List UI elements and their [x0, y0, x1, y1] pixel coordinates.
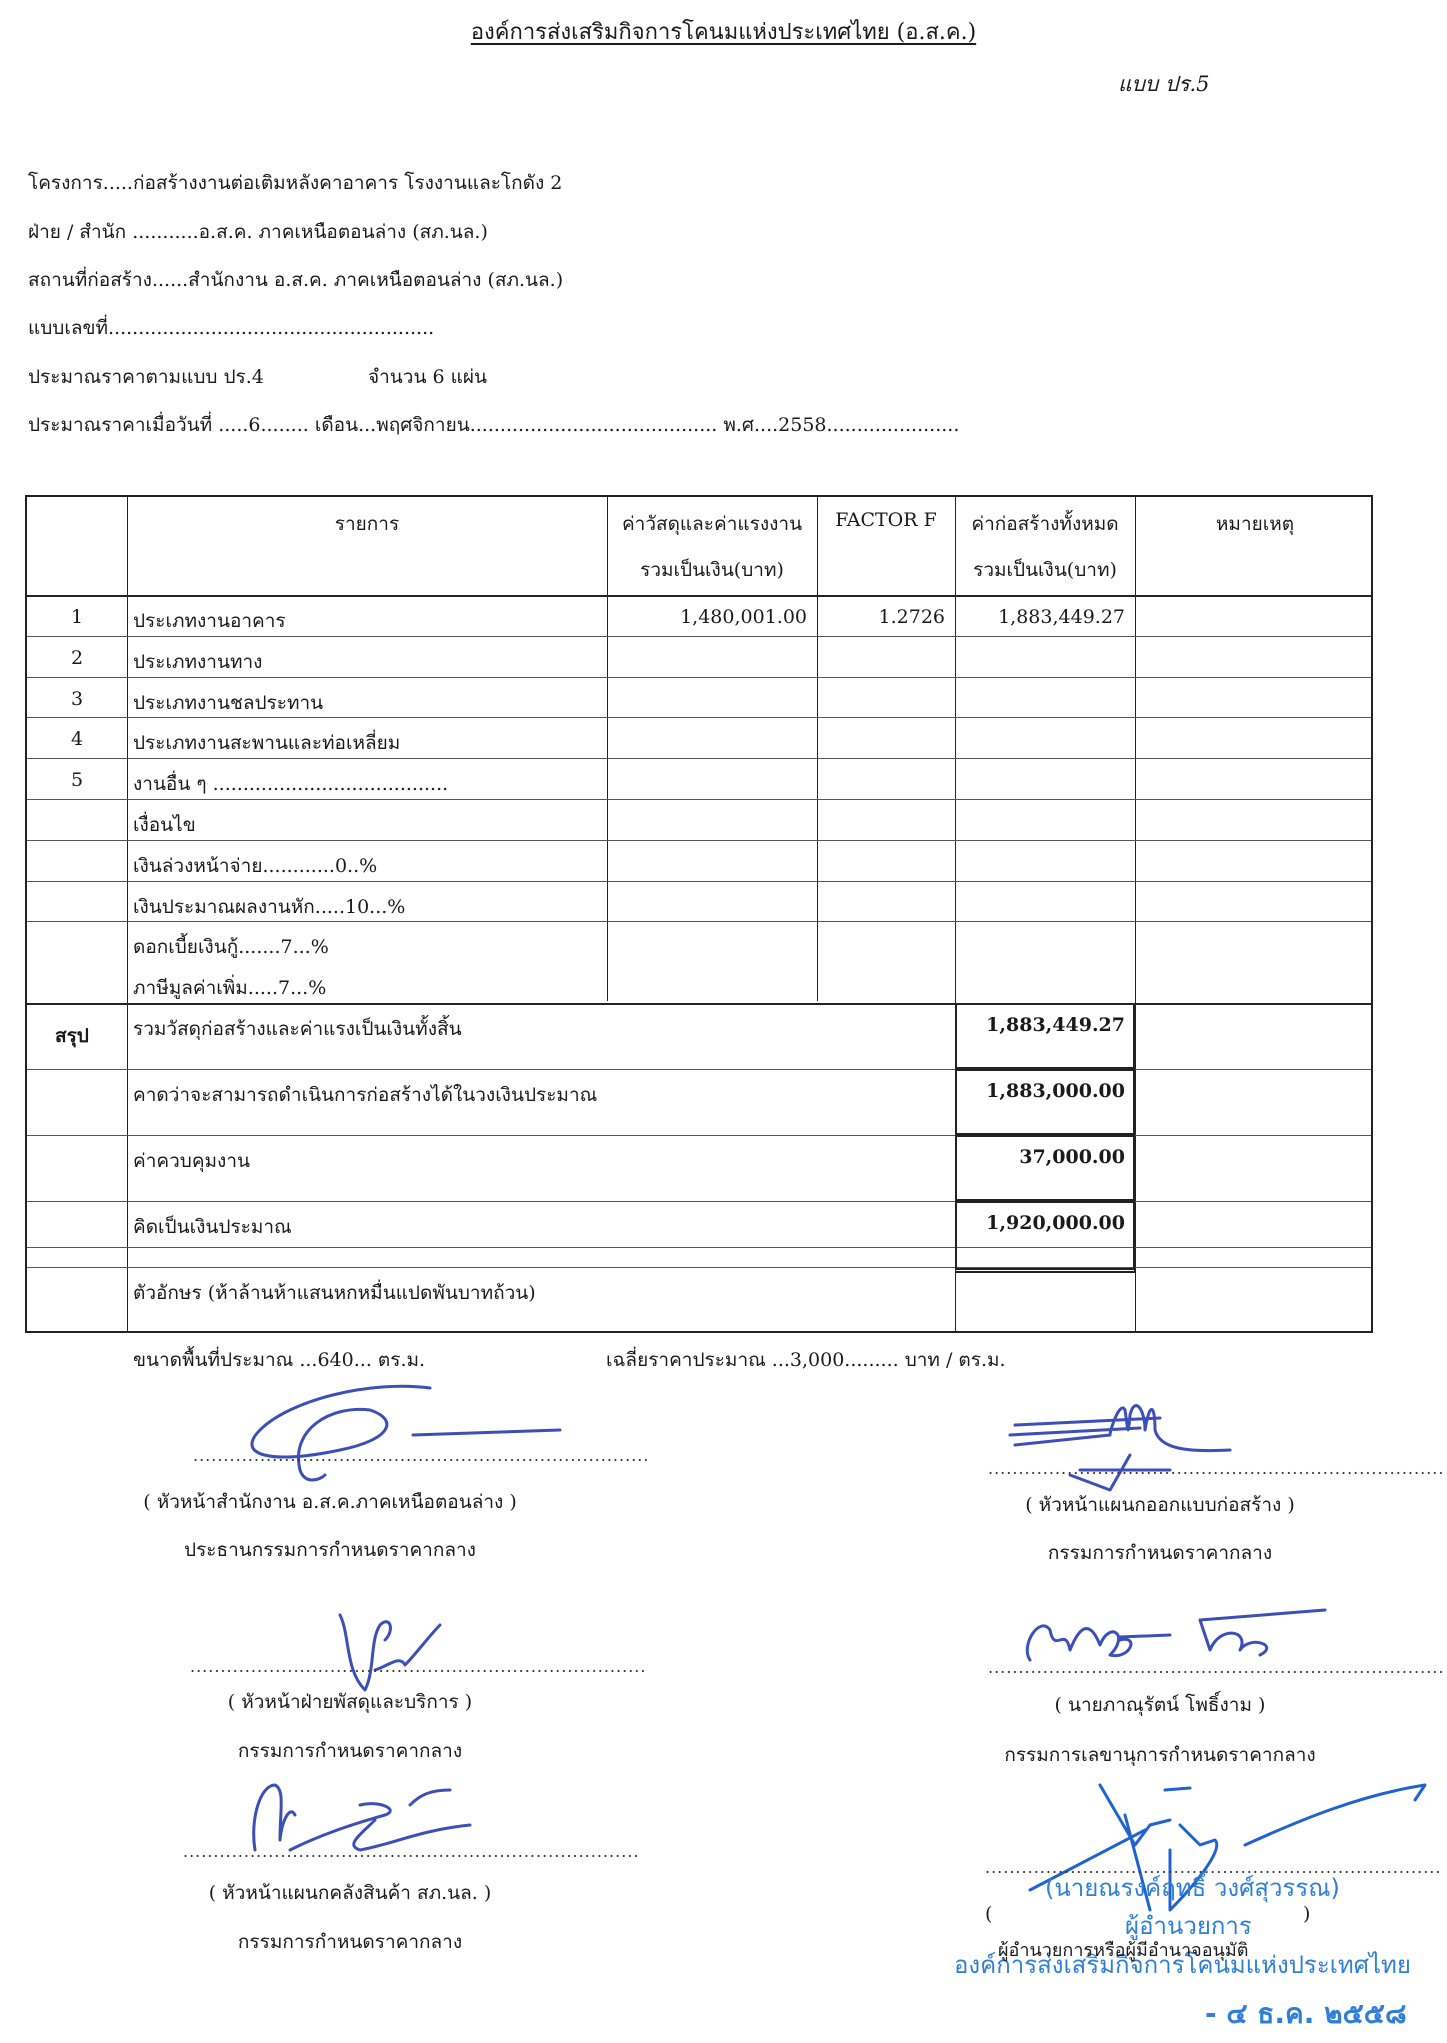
project-name: โครงการ.....ก่อสร้างงานต่อเติมหลังคาอาคา…	[28, 168, 562, 198]
signer-title-open: (	[985, 1903, 992, 1925]
summary-item: คิดเป็นเงินประมาณ	[133, 1212, 292, 1242]
area-estimate: ขนาดพื้นที่ประมาณ ...640... ตร.ม.	[133, 1345, 425, 1375]
row-factor-f: 1.2726	[817, 606, 945, 628]
row-number: 5	[27, 769, 127, 791]
row-item: งานอื่น ๆ ..............................…	[133, 769, 448, 799]
row-number: 1	[27, 606, 127, 628]
header-material-labor-sub: รวมเป็นเงิน(บาท)	[607, 555, 817, 585]
stamp-date: - ๔ ธ.ค. ๒๕๕๘	[1205, 1992, 1407, 2036]
signer-role: ผู้อำนวยการหรือผู้มีอำนาจอนุมัติ	[998, 1935, 1248, 1964]
stamp-director-name: (นายณรงค์ฤทธิ์ วงศ์สุวรรณ)	[1045, 1868, 1340, 1907]
row-number: 3	[27, 688, 127, 710]
signer-title: ( นายภาณุรัตน์ โพธิ์งาม )	[960, 1690, 1360, 1720]
design-number: แบบเลขที่...............................…	[28, 313, 434, 343]
row-item: เงินล่วงหน้าจ่าย............0..%	[133, 851, 377, 881]
header-item: รายการ	[127, 509, 607, 539]
signer-title: ( หัวหน้าสำนักงาน อ.ส.ค.ภาคเหนือตอนล่าง …	[100, 1487, 560, 1517]
summary-item: ค่าควบคุมงาน	[133, 1146, 250, 1176]
summary-item: รวมวัสดุก่อสร้างและค่าแรงเป็นเงินทั้งสิ้…	[133, 1014, 462, 1044]
row-item: ประเภทงานสะพานและท่อเหลี่ยม	[133, 728, 400, 758]
handwritten-signature-icon	[230, 1380, 560, 1490]
signer-role: กรรมการเลขานุการกำหนดราคากลาง	[960, 1740, 1360, 1770]
row-item: เงินประมาณผลงานหัก.....10...%	[133, 892, 405, 922]
row-material-labor: 1,480,001.00	[607, 606, 807, 628]
average-price: เฉลี่ยราคาประมาณ ...3,000......... บาท /…	[606, 1345, 1006, 1375]
signer-role: กรรมการกำหนดราคากลาง	[140, 1736, 560, 1766]
row-number: 2	[27, 647, 127, 669]
summary-item: คาดว่าจะสามารถดำเนินการก่อสร้างได้ในวงเง…	[133, 1080, 597, 1110]
signer-title: ( หัวหน้าแผนกออกแบบก่อสร้าง )	[960, 1490, 1360, 1520]
construction-site: สถานที่ก่อสร้าง......สำนักงาน อ.ส.ค. ภาค…	[28, 265, 563, 295]
row-item: ภาษีมูลค่าเพิ่ม.....7...%	[133, 973, 326, 1003]
header-remarks: หมายเหตุ	[1135, 509, 1375, 539]
organization-title: องค์การส่งเสริมกิจการโคนมแห่งประเทศไทย (…	[0, 14, 1447, 49]
summary-item: ตัวอักษร (ห้าล้านห้าแสนหกหมื่นแปดพันบาทถ…	[133, 1278, 536, 1308]
estimate-by-form: ประมาณราคาตามแบบ ปร.4	[28, 362, 264, 392]
header-total-cost: ค่าก่อสร้างทั้งหมด	[955, 509, 1135, 539]
header-factor-f: FACTOR F	[817, 509, 955, 531]
row-total: 1,883,449.27	[955, 606, 1125, 628]
row-item: ประเภทงานอาคาร	[133, 606, 286, 636]
summary-label: สรุป	[55, 1021, 89, 1051]
cost-estimate-table: รายการ ค่าวัสดุและค่าแรงงาน รวมเป็นเงิน(…	[25, 495, 1373, 1333]
row-item: ประเภทงานทาง	[133, 647, 262, 677]
header-material-labor: ค่าวัสดุและค่าแรงงาน	[607, 509, 817, 539]
signer-title: ( หัวหน้าแผนกคลังสินค้า สภ.นล. )	[140, 1878, 560, 1908]
signer-role: ประธานกรรมการกำหนดราคากลาง	[100, 1535, 560, 1565]
signer-role: กรรมการกำหนดราคากลาง	[140, 1927, 560, 1957]
row-number: 4	[27, 728, 127, 750]
row-item: เงื่อนไข	[133, 810, 196, 840]
signer-title: ( หัวหน้าฝ่ายพัสดุและบริการ )	[140, 1687, 560, 1717]
estimate-date: ประมาณราคาเมื่อวันที่ .....6........ เดื…	[28, 410, 959, 440]
signer-role: กรรมการกำหนดราคากลาง	[960, 1538, 1360, 1568]
department: ฝ่าย / สำนัก ...........อ.ส.ค. ภาคเหนือต…	[28, 217, 488, 247]
header-total-cost-sub: รวมเป็นเงิน(บาท)	[955, 555, 1135, 585]
row-item: ประเภทงานชลประทาน	[133, 688, 323, 718]
row-item: ดอกเบี้ยเงินกู้.......7...%	[133, 932, 329, 962]
form-code: แบบ ปร.5	[1118, 68, 1210, 101]
sheet-count: จำนวน 6 แผ่น	[368, 362, 487, 392]
